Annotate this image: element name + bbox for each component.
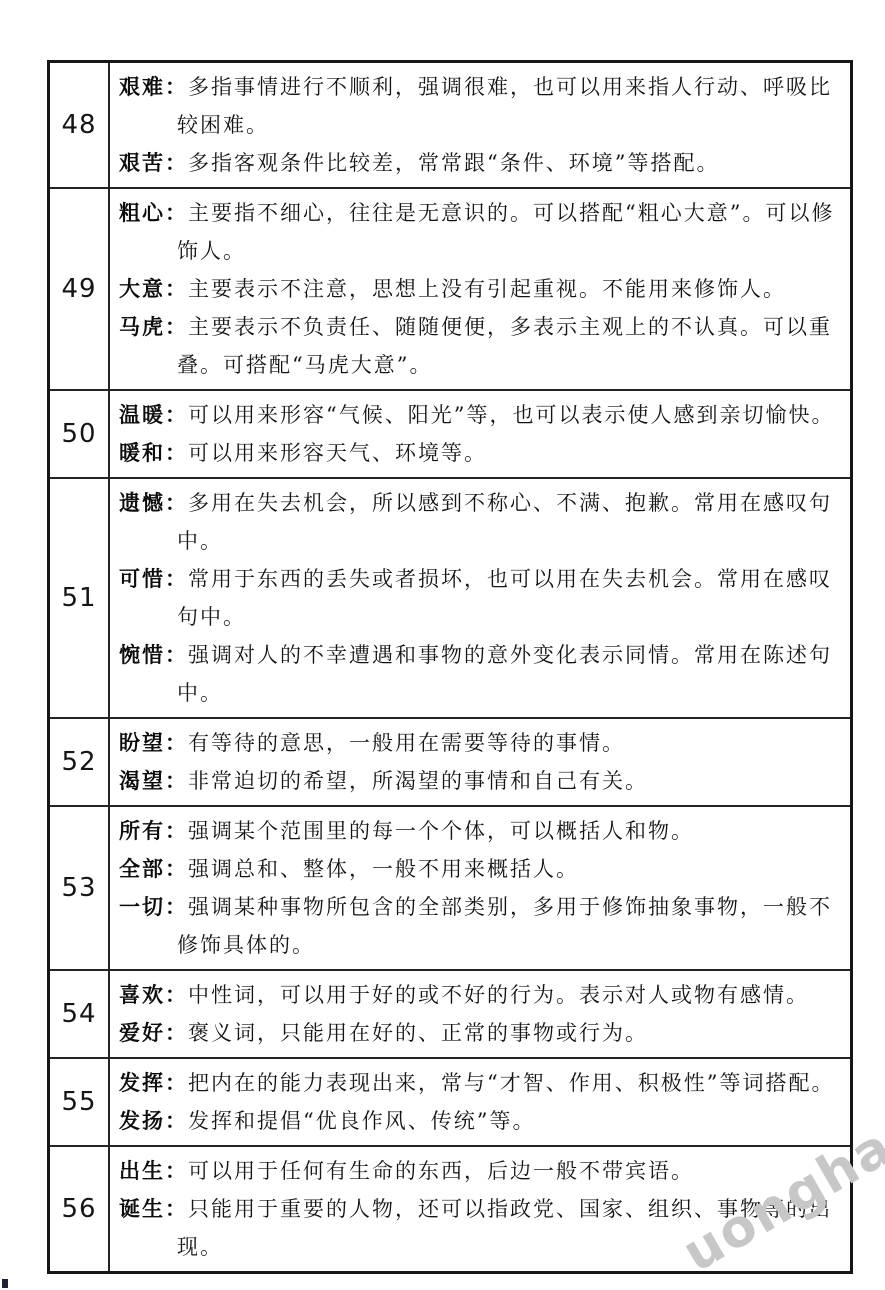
definition-entry: 全部：强调总和、整体，一般不用来概括人。 <box>119 850 847 888</box>
row-content: 盼望：有等待的意思，一般用在需要等待的事情。渴望：非常迫切的希望，所渴望的事情和… <box>109 718 852 806</box>
word-comparison-table: 48 艰难：多指事情进行不顺利，强调很难，也可以用来指人行动、呼吸比较困难。艰苦… <box>47 60 853 1274</box>
term-explanation: 强调总和、整体，一般不用来概括人。 <box>188 857 579 881</box>
definition-entry: 所有：强调某个范围里的每一个个体，可以概括人和物。 <box>119 812 847 850</box>
term-explanation: 主要指不细心，往往是无意识的。可以搭配“粗心大意”。可以修饰人。 <box>177 201 834 263</box>
term-label: 遗憾： <box>119 491 188 515</box>
row-number: 55 <box>49 1058 110 1146</box>
definition-entry: 大意：主要表示不注意，思想上没有引起重视。不能用来修饰人。 <box>119 270 847 308</box>
term-explanation: 主要表示不注意，思想上没有引起重视。不能用来修饰人。 <box>188 277 786 301</box>
term-label: 渴望： <box>119 769 188 793</box>
term-explanation: 发挥和提倡“优良作风、传统”等。 <box>188 1109 535 1133</box>
definition-entry: 出生：可以用于任何有生命的东西，后边一般不带宾语。 <box>119 1152 847 1190</box>
term-explanation: 多指事情进行不顺利，强调很难，也可以用来指人行动、呼吸比较困难。 <box>177 75 832 137</box>
definition-entry: 喜欢：中性词，可以用于好的或不好的行为。表示对人或物有感情。 <box>119 976 847 1014</box>
row-number: 49 <box>49 188 110 390</box>
definition-entry: 发挥：把内在的能力表现出来，常与“才智、作用、积极性”等词搭配。 <box>119 1064 847 1102</box>
definition-entry: 粗心：主要指不细心，往往是无意识的。可以搭配“粗心大意”。可以修饰人。 <box>119 194 847 270</box>
term-label: 艰苦： <box>119 151 188 175</box>
table-row: 50 温暖：可以用来形容“气候、阳光”等，也可以表示使人感到亲切愉快。暖和：可以… <box>49 390 852 478</box>
definition-entry: 可惜：常用于东西的丢失或者损坏，也可以用在失去机会。常用在感叹句中。 <box>119 560 847 636</box>
definition-entry: 发扬：发挥和提倡“优良作风、传统”等。 <box>119 1102 847 1140</box>
term-label: 粗心： <box>119 201 188 225</box>
table-row: 51 遗憾：多用在失去机会，所以感到不称心、不满、抱歉。常用在感叹句中。可惜：常… <box>49 478 852 718</box>
definition-entry: 盼望：有等待的意思，一般用在需要等待的事情。 <box>119 724 847 762</box>
row-content: 所有：强调某个范围里的每一个个体，可以概括人和物。全部：强调总和、整体，一般不用… <box>109 806 852 970</box>
term-explanation: 强调某种事物所包含的全部类别，多用于修饰抽象事物，一般不修饰具体的。 <box>177 895 832 957</box>
definition-entry: 艰苦：多指客观条件比较差，常常跟“条件、环境”等搭配。 <box>119 144 847 182</box>
term-explanation: 褒义词，只能用在好的、正常的事物或行为。 <box>188 1021 648 1045</box>
definition-entry: 遗憾：多用在失去机会，所以感到不称心、不满、抱歉。常用在感叹句中。 <box>119 484 847 560</box>
term-explanation: 多用在失去机会，所以感到不称心、不满、抱歉。常用在感叹句中。 <box>177 491 832 553</box>
row-number: 50 <box>49 390 110 478</box>
term-label: 爱好： <box>119 1021 188 1045</box>
scan-speck <box>2 1279 8 1288</box>
table-row: 55 发挥：把内在的能力表现出来，常与“才智、作用、积极性”等词搭配。发扬：发挥… <box>49 1058 852 1146</box>
definition-entry: 爱好：褒义词，只能用在好的、正常的事物或行为。 <box>119 1014 847 1052</box>
term-explanation: 有等待的意思，一般用在需要等待的事情。 <box>188 731 625 755</box>
definition-entry: 马虎：主要表示不负责任、随随便便，多表示主观上的不认真。可以重叠。可搭配“马虎大… <box>119 308 847 384</box>
term-label: 盼望： <box>119 731 188 755</box>
row-content: 喜欢：中性词，可以用于好的或不好的行为。表示对人或物有感情。爱好：褒义词，只能用… <box>109 970 852 1058</box>
term-explanation: 中性词，可以用于好的或不好的行为。表示对人或物有感情。 <box>188 983 809 1007</box>
term-label: 发挥： <box>119 1071 188 1095</box>
term-label: 温暖： <box>119 403 188 427</box>
row-content: 粗心：主要指不细心，往往是无意识的。可以搭配“粗心大意”。可以修饰人。大意：主要… <box>109 188 852 390</box>
definition-entry: 暖和：可以用来形容天气、环境等。 <box>119 434 847 472</box>
row-number: 51 <box>49 478 110 718</box>
term-label: 全部： <box>119 857 188 881</box>
row-number: 52 <box>49 718 110 806</box>
term-label: 所有： <box>119 819 188 843</box>
table-row: 49 粗心：主要指不细心，往往是无意识的。可以搭配“粗心大意”。可以修饰人。大意… <box>49 188 852 390</box>
term-explanation: 可以用于任何有生命的东西，后边一般不带宾语。 <box>188 1159 694 1183</box>
table-row: 48 艰难：多指事情进行不顺利，强调很难，也可以用来指人行动、呼吸比较困难。艰苦… <box>49 62 852 189</box>
table-row: 54 喜欢：中性词，可以用于好的或不好的行为。表示对人或物有感情。爱好：褒义词，… <box>49 970 852 1058</box>
term-label: 出生： <box>119 1159 188 1183</box>
table-body: 48 艰难：多指事情进行不顺利，强调很难，也可以用来指人行动、呼吸比较困难。艰苦… <box>49 62 852 1273</box>
term-label: 惋惜： <box>119 643 188 667</box>
row-number: 53 <box>49 806 110 970</box>
definition-entry: 温暖：可以用来形容“气候、阳光”等，也可以表示使人感到亲切愉快。 <box>119 396 847 434</box>
term-explanation: 可以用来形容天气、环境等。 <box>188 441 487 465</box>
term-label: 发扬： <box>119 1109 188 1133</box>
row-content: 发挥：把内在的能力表现出来，常与“才智、作用、积极性”等词搭配。发扬：发挥和提倡… <box>109 1058 852 1146</box>
term-label: 可惜： <box>119 567 188 591</box>
scanned-page: { "watermark": "uongha", "table": { "sep… <box>0 0 885 1290</box>
term-label: 诞生： <box>119 1197 188 1221</box>
term-explanation: 强调某个范围里的每一个个体，可以概括人和物。 <box>188 819 694 843</box>
table-row: 52 盼望：有等待的意思，一般用在需要等待的事情。渴望：非常迫切的希望，所渴望的… <box>49 718 852 806</box>
definition-entry: 艰难：多指事情进行不顺利，强调很难，也可以用来指人行动、呼吸比较困难。 <box>119 68 847 144</box>
term-explanation: 把内在的能力表现出来，常与“才智、作用、积极性”等词搭配。 <box>188 1071 834 1095</box>
definition-entry: 一切：强调某种事物所包含的全部类别，多用于修饰抽象事物，一般不修饰具体的。 <box>119 888 847 964</box>
term-explanation: 多指客观条件比较差，常常跟“条件、环境”等搭配。 <box>188 151 719 175</box>
term-label: 艰难： <box>119 75 188 99</box>
row-content: 艰难：多指事情进行不顺利，强调很难，也可以用来指人行动、呼吸比较困难。艰苦：多指… <box>109 62 852 189</box>
row-number: 54 <box>49 970 110 1058</box>
term-label: 暖和： <box>119 441 188 465</box>
term-explanation: 非常迫切的希望，所渴望的事情和自己有关。 <box>188 769 648 793</box>
row-number: 56 <box>49 1146 110 1273</box>
term-label: 大意： <box>119 277 188 301</box>
definition-entry: 惋惜：强调对人的不幸遭遇和事物的意外变化表示同情。常用在陈述句中。 <box>119 636 847 712</box>
row-content: 温暖：可以用来形容“气候、阳光”等，也可以表示使人感到亲切愉快。暖和：可以用来形… <box>109 390 852 478</box>
row-content: 遗憾：多用在失去机会，所以感到不称心、不满、抱歉。常用在感叹句中。可惜：常用于东… <box>109 478 852 718</box>
term-explanation: 强调对人的不幸遭遇和事物的意外变化表示同情。常用在陈述句中。 <box>177 643 832 705</box>
term-label: 一切： <box>119 895 188 919</box>
definition-entry: 渴望：非常迫切的希望，所渴望的事情和自己有关。 <box>119 762 847 800</box>
row-number: 48 <box>49 62 110 189</box>
term-explanation: 常用于东西的丢失或者损坏，也可以用在失去机会。常用在感叹句中。 <box>177 567 832 629</box>
term-label: 喜欢： <box>119 983 188 1007</box>
term-explanation: 主要表示不负责任、随随便便，多表示主观上的不认真。可以重叠。可搭配“马虎大意”。 <box>177 315 832 377</box>
table-row: 53 所有：强调某个范围里的每一个个体，可以概括人和物。全部：强调总和、整体，一… <box>49 806 852 970</box>
term-explanation: 可以用来形容“气候、阳光”等，也可以表示使人感到亲切愉快。 <box>188 403 834 427</box>
term-label: 马虎： <box>119 315 188 339</box>
